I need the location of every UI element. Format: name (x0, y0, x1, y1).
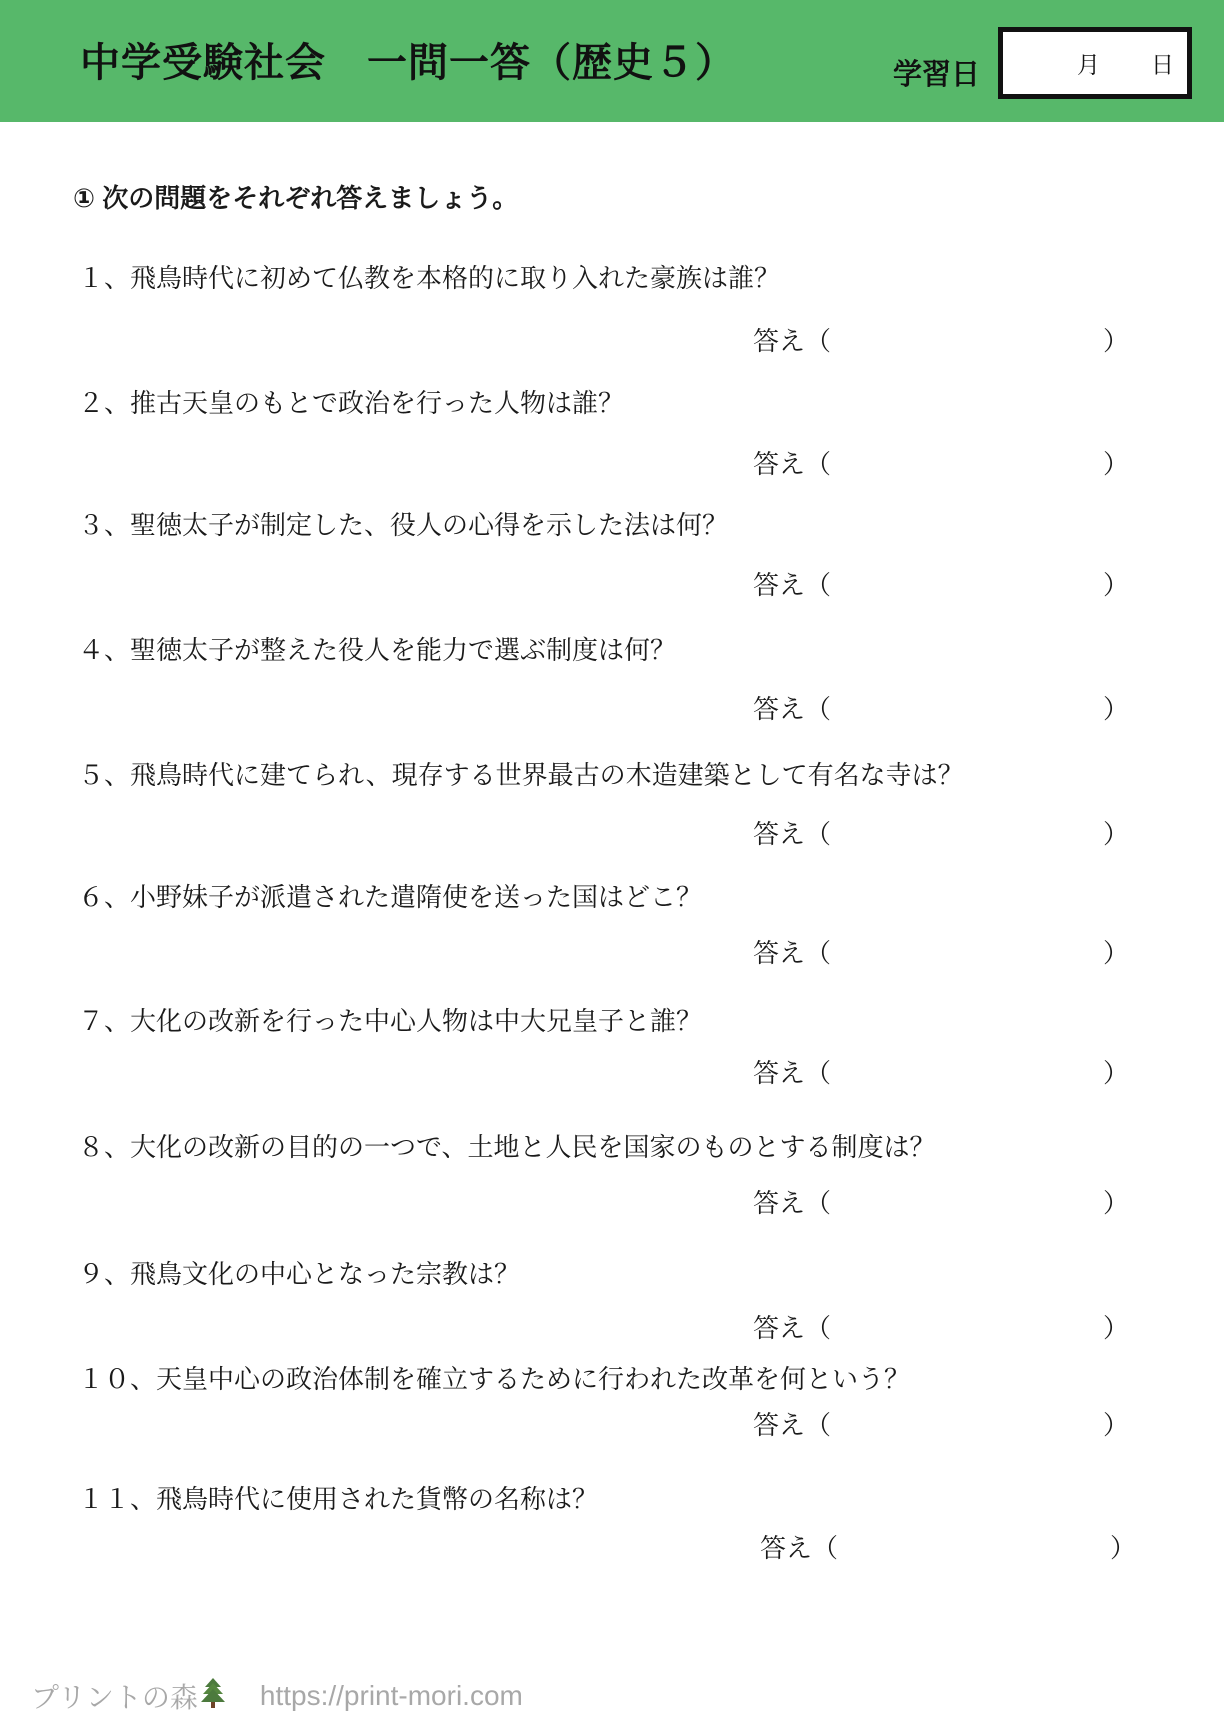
close-paren: ） (1103, 1410, 1129, 1440)
close-paren: ） (1103, 570, 1129, 600)
question-text: 天皇中心の政治体制を確立するために行われた改革を何という？ (156, 1364, 910, 1394)
close-paren: ） (1103, 326, 1129, 356)
answer-blank (831, 835, 1103, 837)
open-paren: （ (805, 1313, 831, 1343)
answer-label: 答え (753, 1058, 805, 1088)
question-row-9: ９、飛鳥文化の中心となった宗教は？ (78, 1257, 520, 1291)
question-number: ８、 (78, 1132, 130, 1162)
answer-label: 答え (753, 1410, 805, 1440)
answer-label: 答え (753, 694, 805, 724)
answer-line-1: 答え（） (753, 324, 1129, 358)
question-number: １０、 (78, 1364, 156, 1394)
answer-blank (831, 1329, 1103, 1331)
question-text: 大化の改新を行った中心人物は中大兄皇子と誰？ (130, 1006, 702, 1036)
open-paren: （ (805, 570, 831, 600)
close-paren: ） (1103, 819, 1129, 849)
answer-line-8: 答え（） (753, 1186, 1129, 1220)
question-row-8: ８、大化の改新の目的の一つで、土地と人民を国家のものとする制度は？ (78, 1130, 936, 1164)
question-row-10: １０、天皇中心の政治体制を確立するために行われた改革を何という？ (78, 1362, 910, 1396)
answer-blank (831, 1204, 1103, 1206)
answer-blank (831, 342, 1103, 344)
close-paren: ） (1103, 938, 1129, 968)
answer-blank (838, 1549, 1110, 1551)
question-text: 聖徳太子が整えた役人を能力で選ぶ制度は何？ (130, 635, 676, 665)
close-paren: ） (1103, 694, 1129, 724)
day-label: 日 (1151, 47, 1174, 80)
answer-line-6: 答え（） (753, 936, 1129, 970)
answer-line-10: 答え（） (753, 1408, 1129, 1442)
answer-blank (831, 586, 1103, 588)
close-paren: ） (1110, 1533, 1136, 1563)
question-text: 大化の改新の目的の一つで、土地と人民を国家のものとする制度は？ (130, 1132, 935, 1162)
study-date-label: 学習日 (893, 52, 980, 93)
answer-line-3: 答え（） (753, 568, 1129, 602)
open-paren: （ (805, 1410, 831, 1440)
site-url: https://print-mori.com (260, 1680, 523, 1712)
question-row-5: ５、飛鳥時代に建てられ、現存する世界最古の木造建築として有名な寺は？ (78, 758, 964, 792)
open-paren: （ (812, 1533, 838, 1563)
open-paren: （ (805, 819, 831, 849)
open-paren: （ (805, 938, 831, 968)
question-number: ７、 (78, 1006, 130, 1036)
question-number: ４、 (78, 635, 130, 665)
answer-blank (831, 465, 1103, 467)
answer-line-9: 答え（） (753, 1311, 1129, 1345)
answer-label: 答え (753, 1313, 805, 1343)
question-number: １１、 (78, 1484, 156, 1514)
question-number: １、 (78, 263, 130, 293)
question-row-1: １、飛鳥時代に初めて仏教を本格的に取り入れた豪族は誰？ (78, 261, 780, 295)
month-label: 月 (1077, 47, 1100, 80)
open-paren: （ (805, 326, 831, 356)
question-text: 飛鳥時代に初めて仏教を本格的に取り入れた豪族は誰？ (130, 263, 780, 293)
answer-label: 答え (753, 326, 805, 356)
date-box: 月 日 (998, 27, 1192, 99)
answer-label: 答え (760, 1533, 812, 1563)
close-paren: ） (1103, 1188, 1129, 1218)
answer-blank (831, 1074, 1103, 1076)
question-row-6: ６、小野妹子が派遣された遣隋使を送った国はどこ？ (78, 880, 702, 914)
evergreen-tree-icon (200, 1677, 226, 1716)
open-paren: （ (805, 1188, 831, 1218)
question-text: 飛鳥時代に使用された貨幣の名称は？ (156, 1484, 598, 1514)
question-row-11: １１、飛鳥時代に使用された貨幣の名称は？ (78, 1482, 598, 1516)
worksheet-title: 中学受験社会 一問一答（歴史５） (80, 41, 736, 85)
answer-blank (831, 1426, 1103, 1428)
open-paren: （ (805, 694, 831, 724)
open-paren: （ (805, 449, 831, 479)
question-text: 飛鳥時代に建てられ、現存する世界最古の木造建築として有名な寺は？ (130, 760, 964, 790)
question-number: ９、 (78, 1259, 130, 1289)
question-text: 小野妹子が派遣された遣隋使を送った国はどこ？ (130, 882, 702, 912)
close-paren: ） (1103, 1313, 1129, 1343)
answer-line-5: 答え（） (753, 817, 1129, 851)
answer-label: 答え (753, 819, 805, 849)
question-row-4: ４、聖徳太子が整えた役人を能力で選ぶ制度は何？ (78, 633, 676, 667)
site-name: プリントの森 (31, 1676, 198, 1716)
answer-label: 答え (753, 1188, 805, 1218)
question-number: ６、 (78, 882, 130, 912)
question-row-7: ７、大化の改新を行った中心人物は中大兄皇子と誰？ (78, 1004, 702, 1038)
answer-line-7: 答え（） (753, 1056, 1129, 1090)
question-text: 推古天皇のもとで政治を行った人物は誰？ (130, 388, 624, 418)
question-text: 聖徳太子が制定した、役人の心得を示した法は何？ (130, 510, 728, 540)
section-heading: ① 次の問題をそれぞれ答えましょう。 (73, 181, 518, 215)
question-number: ５、 (78, 760, 130, 790)
answer-label: 答え (753, 938, 805, 968)
question-row-3: ３、聖徳太子が制定した、役人の心得を示した法は何？ (78, 508, 728, 542)
answer-blank (831, 710, 1103, 712)
answer-line-4: 答え（） (753, 692, 1129, 726)
question-number: ２、 (78, 388, 130, 418)
answer-blank (831, 954, 1103, 956)
question-number: ３、 (78, 510, 130, 540)
open-paren: （ (805, 1058, 831, 1088)
answer-line-2: 答え（） (753, 447, 1129, 481)
question-text: 飛鳥文化の中心となった宗教は？ (130, 1259, 520, 1289)
close-paren: ） (1103, 449, 1129, 479)
answer-label: 答え (753, 570, 805, 600)
answer-label: 答え (753, 449, 805, 479)
worksheet-page: 中学受験社会 一問一答（歴史５） 学習日 月 日 ① 次の問題をそれぞれ答えまし… (0, 0, 1224, 1730)
question-row-2: ２、推古天皇のもとで政治を行った人物は誰？ (78, 386, 624, 420)
close-paren: ） (1103, 1058, 1129, 1088)
footer: プリントの森 https://print-mori.com (31, 1678, 523, 1714)
answer-line-11: 答え（） (760, 1531, 1136, 1565)
